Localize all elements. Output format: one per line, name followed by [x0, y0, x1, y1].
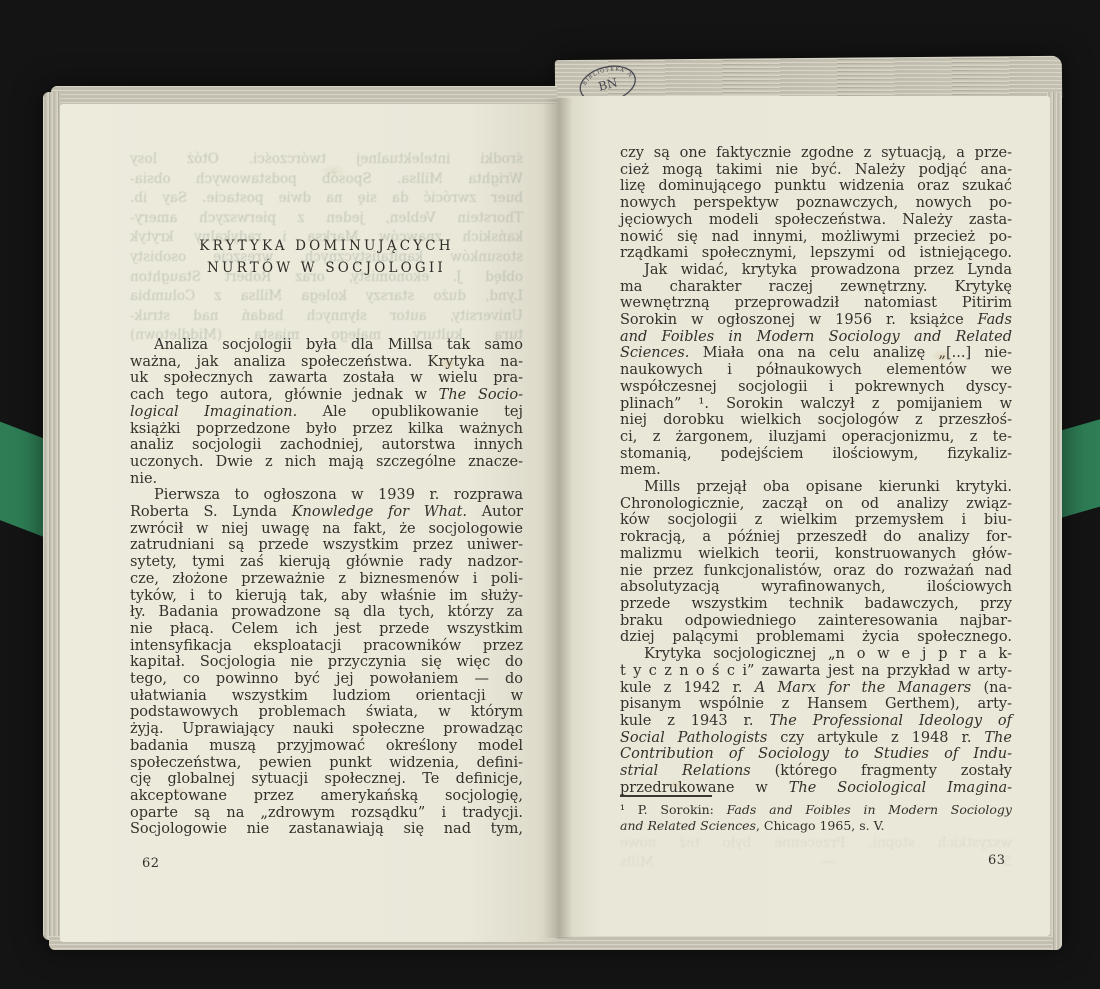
footnote: ¹ P. Sorokin: Fads and Foibles in Modern… — [620, 795, 1012, 834]
page-right-body-text: czy są one faktycznie zgodne z sytuacją,… — [620, 145, 1012, 796]
page-number-right: 63 — [988, 853, 1006, 868]
open-book: BIBLIOTEKA NARODOWA BN środki intelektua… — [43, 58, 1062, 950]
scanned-book-spread: BIBLIOTEKA NARODOWA BN środki intelektua… — [0, 0, 1100, 989]
page-right: wszystkich stopni. Przecenne było też no… — [557, 96, 1050, 936]
page-left-body-text: Analiza socjologii była dla Millsa tak s… — [130, 337, 523, 838]
footnote-text: ¹ P. Sorokin: Fads and Foibles in Modern… — [620, 802, 1012, 834]
stamp-center-text: BN — [597, 75, 619, 93]
page-edges-left — [43, 92, 61, 940]
chapter-heading: KRYTYKA DOMINUJĄCYCH NURTÓW W SOCJOLOGII — [130, 236, 523, 279]
page-left: środki intelektualnej twórczości. Otóż l… — [60, 104, 557, 942]
showthrough-text-right: wszystkich stopni. Przecenne było też no… — [620, 834, 1012, 872]
page-edges-top-left — [51, 86, 557, 106]
footnote-rule — [620, 795, 712, 797]
page-number-left: 62 — [142, 856, 160, 871]
